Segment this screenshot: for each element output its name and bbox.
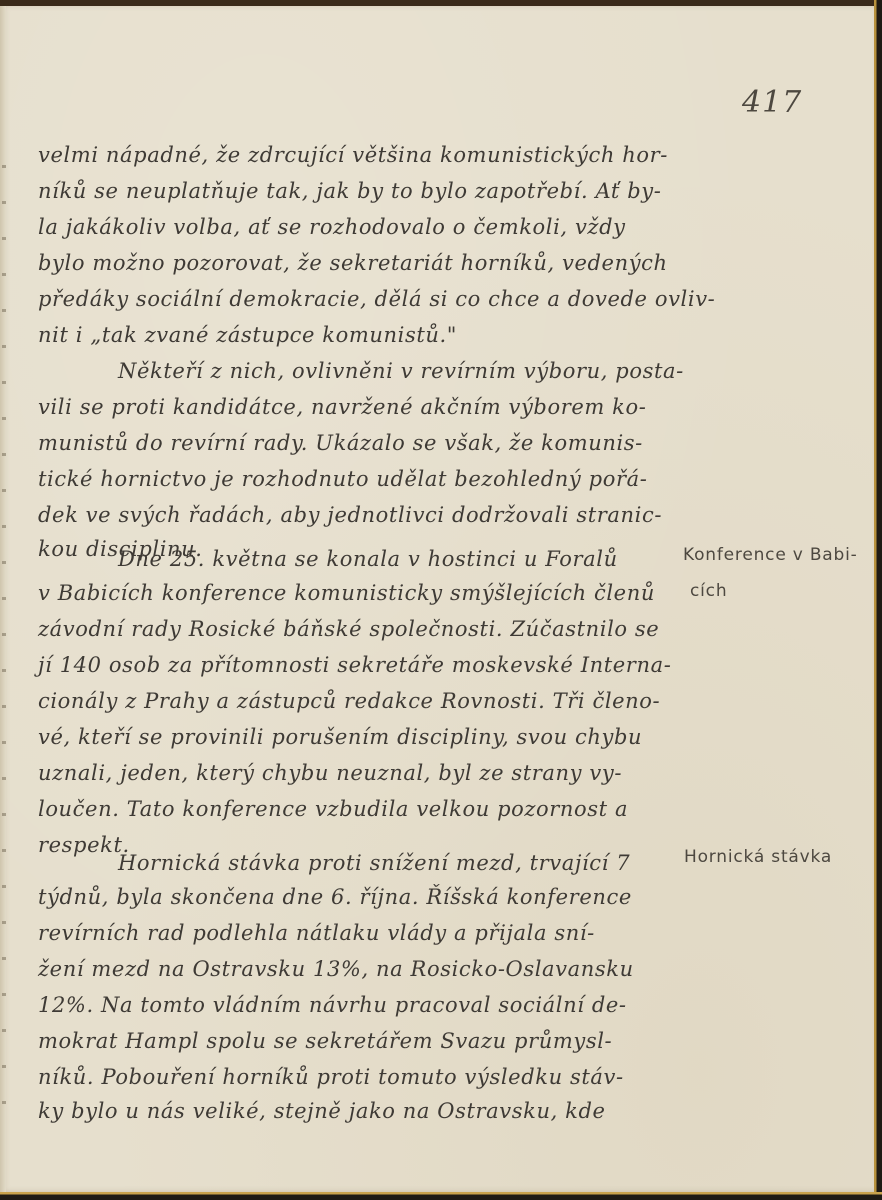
text-line: níků. Pobouření horníků proti tomuto výs… [38, 1065, 624, 1089]
text-line: cionály z Prahy a zástupců redakce Rovno… [38, 689, 660, 713]
text-line: tické hornictvo je rozhodnuto udělat bez… [38, 467, 647, 491]
text-line: níků se neuplatňuje tak, jak by to bylo … [38, 179, 661, 203]
margin-note: Konference v Babi- [683, 545, 858, 565]
book-binding-top [0, 0, 882, 6]
text-line: bylo možno pozorovat, že sekretariát hor… [38, 251, 668, 275]
text-line: předáky sociální demokracie, dělá si co … [38, 287, 715, 311]
text-line: 12%. Na tomto vládním návrhu pracoval so… [38, 993, 627, 1017]
text-line: velmi nápadné, že zdrcující většina komu… [38, 143, 668, 167]
text-line: jí 140 osob za přítomnosti sekretáře mos… [38, 653, 671, 677]
margin-note: cích [690, 581, 727, 601]
page-number: 417 [742, 85, 802, 120]
text-line: týdnů, byla skončena dne 6. října. Říšsk… [38, 885, 632, 909]
text-line: dek ve svých řadách, aby jednotlivci dod… [38, 503, 662, 527]
text-line: Dne 25. května se konala v hostinci u Fo… [118, 547, 618, 571]
text-line: respekt. [38, 833, 130, 857]
book-binding-right [874, 0, 882, 1200]
text-line: la jakákoliv volba, ať se rozhodovalo o … [38, 215, 626, 239]
margin-note: Hornická stávka [684, 847, 832, 867]
manuscript-page: 417 velmi nápadné, že zdrcující většina … [0, 5, 874, 1192]
text-line: vili se proti kandidátce, navržené akční… [38, 395, 646, 419]
text-line: ky bylo u nás veliké, stejně jako na Ost… [38, 1099, 606, 1123]
text-line: vé, kteří se provinili porušením discipl… [38, 725, 642, 749]
text-line: loučen. Tato konference vzbudila velkou … [38, 797, 628, 821]
binding-stitch-marks [2, 165, 6, 1115]
text-line: Hornická stávka proti snížení mezd, trva… [118, 851, 630, 875]
text-line: žení mezd na Ostravsku 13%, na Rosicko-O… [38, 957, 634, 981]
text-line: munistů do revírní rady. Ukázalo se však… [38, 431, 643, 455]
text-line: nit i „tak zvané zástupce komunistů." [38, 323, 457, 347]
text-line: v Babicích konference komunisticky smýšl… [38, 581, 655, 605]
text-line: mokrat Hampl spolu se sekretářem Svazu p… [38, 1029, 612, 1053]
text-line: Někteří z nich, ovlivněni v revírním výb… [118, 359, 684, 383]
book-binding-bottom [0, 1192, 882, 1200]
text-line: závodní rady Rosické báňské společnosti.… [38, 617, 659, 641]
text-line: revírních rad podlehla nátlaku vlády a p… [38, 921, 595, 945]
text-line: uznali, jeden, který chybu neuznal, byl … [38, 761, 622, 785]
